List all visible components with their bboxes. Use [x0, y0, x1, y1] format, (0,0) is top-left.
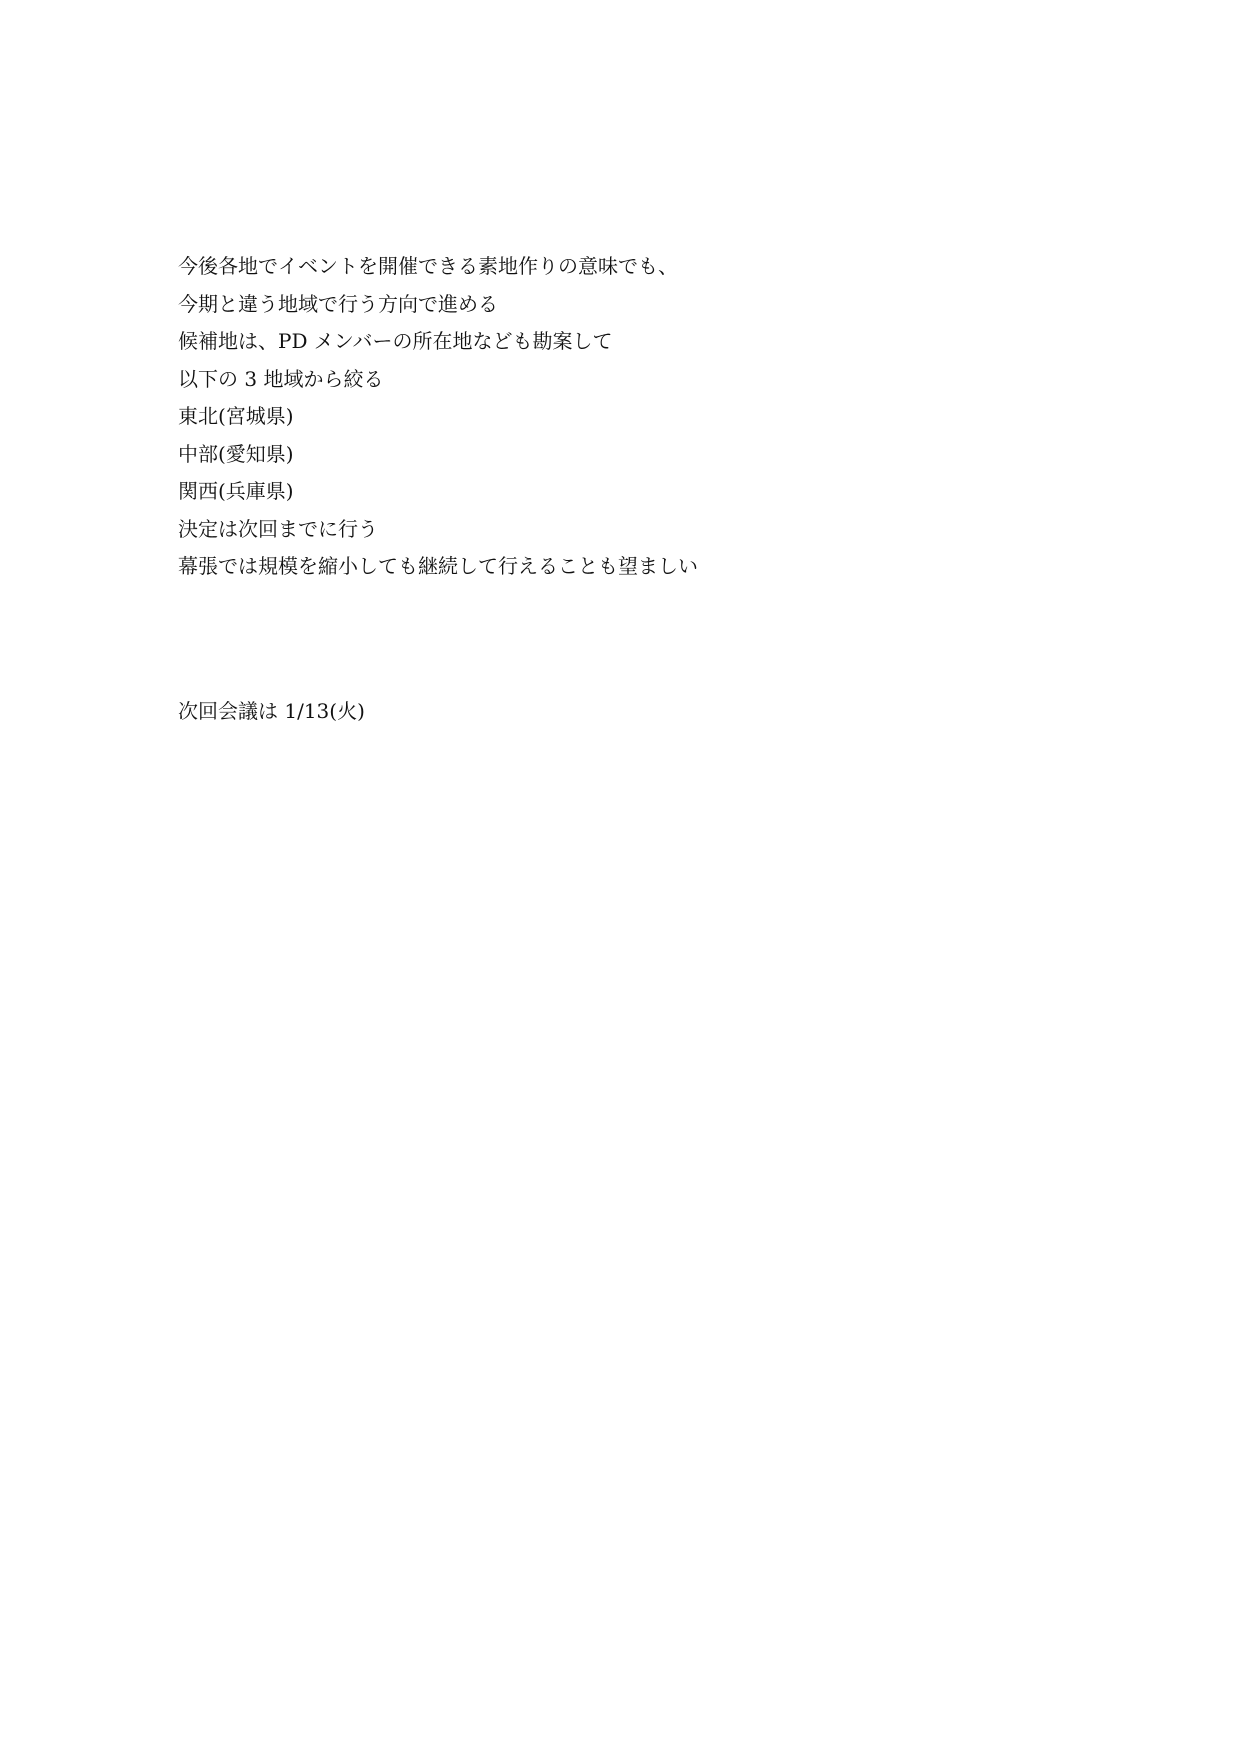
- candidate-region-chubu: 中部(愛知県): [178, 436, 698, 474]
- note-line: 決定は次回までに行う: [178, 511, 698, 549]
- note-line: 候補地は、PD メンバーの所在地なども勘案して: [178, 323, 698, 361]
- note-line: 以下の 3 地域から絞る: [178, 361, 698, 399]
- next-meeting-date: 次回会議は 1/13(火): [178, 693, 365, 731]
- document-page: 今後各地でイベントを開催できる素地作りの意味でも、 今期と違う地域で行う方向で進…: [0, 0, 1241, 1755]
- candidate-region-kansai: 関西(兵庫県): [178, 473, 698, 511]
- meeting-notes-body: 今後各地でイベントを開催できる素地作りの意味でも、 今期と違う地域で行う方向で進…: [178, 248, 698, 586]
- note-line: 今期と違う地域で行う方向で進める: [178, 286, 698, 324]
- candidate-region-tohoku: 東北(宮城県): [178, 398, 698, 436]
- note-line: 幕張では規模を縮小しても継続して行えることも望ましい: [178, 548, 698, 586]
- note-line: 今後各地でイベントを開催できる素地作りの意味でも、: [178, 248, 698, 286]
